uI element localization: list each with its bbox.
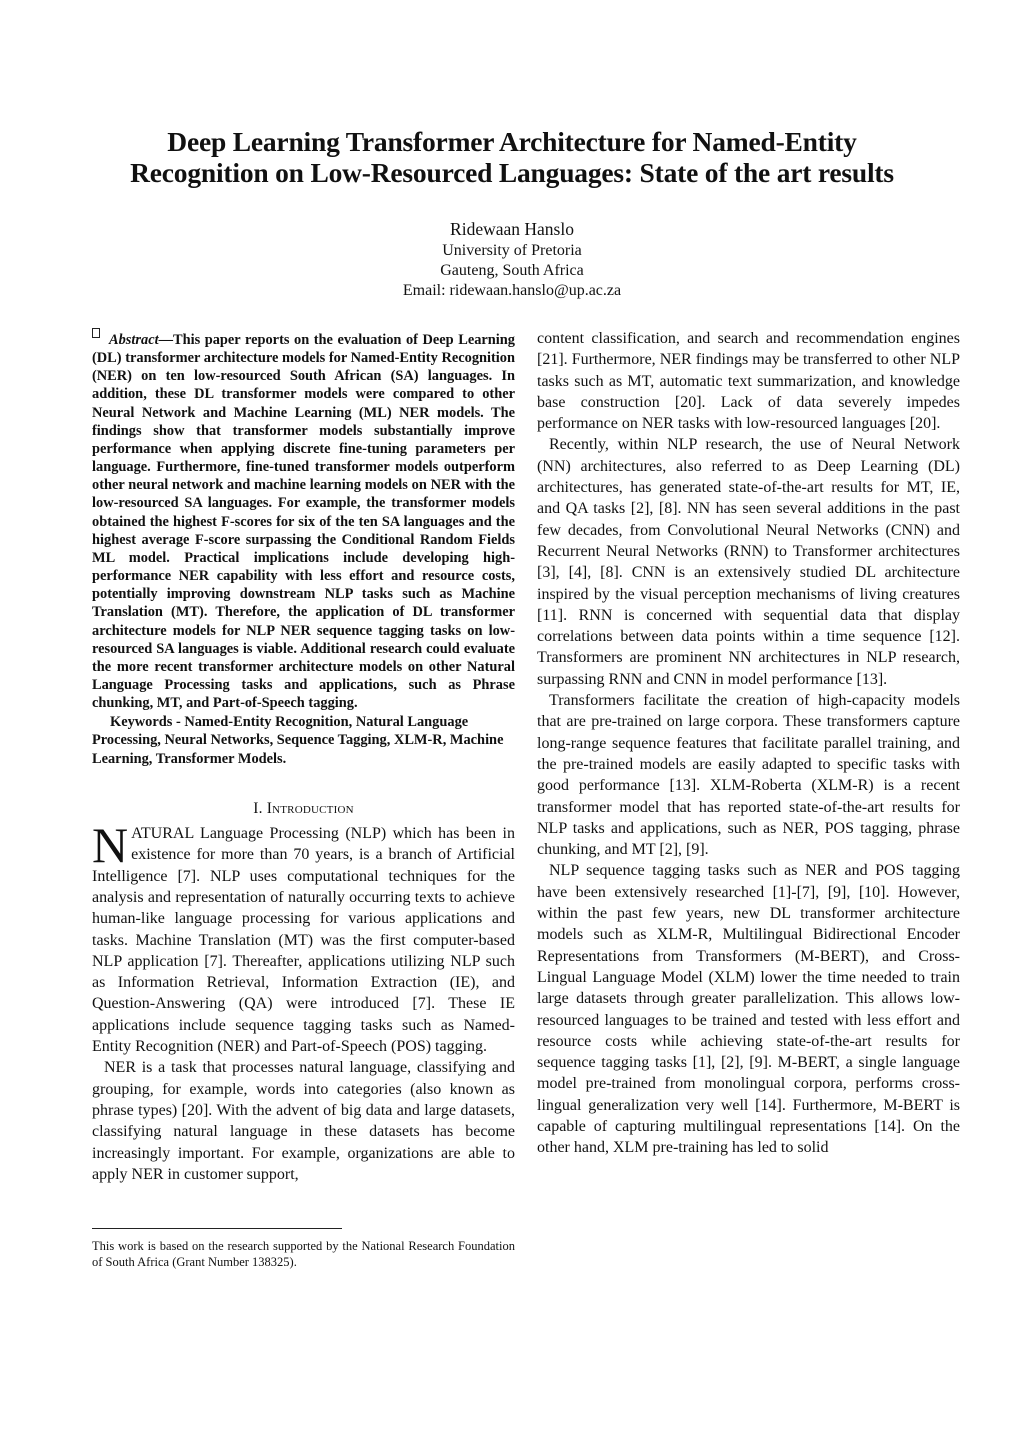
abstract: Abstract—This paper reports on the evalu… [92,328,515,712]
author-affiliation: University of Pretoria [262,241,762,261]
right-paragraph-4: NLP sequence tagging tasks such as NER a… [537,860,960,1158]
drop-cap: N [92,825,128,865]
abstract-text: —This paper reports on the evaluation of… [92,332,515,711]
author-location: Gauteng, South Africa [262,261,762,281]
paper-page: Deep Learning Transformer Architecture f… [0,0,1024,1448]
author-block: Ridewaan Hanslo University of Pretoria G… [262,218,762,301]
footnote: This work is based on the research suppo… [92,1238,515,1270]
right-paragraph-2: Recently, within NLP research, the use o… [537,434,960,690]
left-column: Abstract—This paper reports on the evalu… [92,328,515,1185]
right-column: content classification, and search and r… [537,328,960,1159]
author-name: Ridewaan Hanslo [262,218,762,240]
paper-title: Deep Learning Transformer Architecture f… [100,126,924,188]
author-email: Email: ridewaan.hanslo@up.ac.za [262,281,762,301]
intro-paragraph-1-text: ATURAL Language Processing (NLP) which h… [92,825,515,1055]
section-heading-introduction: I. Introduction [92,798,515,819]
intro-paragraph-2: NER is a task that processes natural lan… [92,1057,515,1185]
abstract-label: Abstract [109,332,159,348]
footnote-divider [92,1228,342,1229]
right-paragraph-3: Transformers facilitate the creation of … [537,690,960,860]
right-paragraph-1: content classification, and search and r… [537,328,960,434]
keywords: Keywords - Named-Entity Recognition, Nat… [92,713,515,767]
missing-glyph-icon [92,328,100,338]
intro-paragraph-1: NATURAL Language Processing (NLP) which … [92,823,515,1057]
